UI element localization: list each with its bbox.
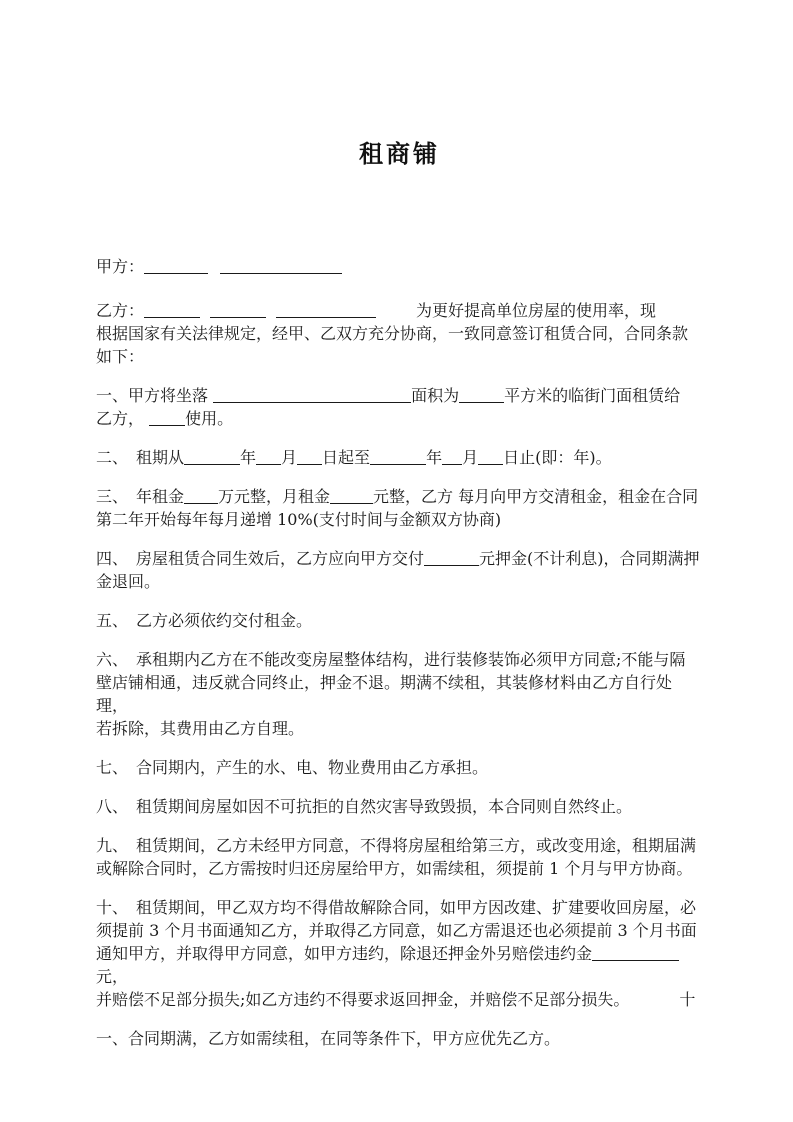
document-page: 租商铺 甲方：乙方：为更好提高单位房屋的使用率，现根据国家有关法律规定，经甲、乙… — [0, 0, 793, 1122]
clause-10: 十、 租赁期间，甲乙双方均不得借故解除合同，如甲方因改建、扩建要收回房屋，必须提… — [96, 896, 703, 1011]
fill-in-blank — [592, 946, 679, 961]
spacer — [266, 315, 276, 316]
fill-in-blank — [184, 489, 218, 504]
clause-7: 七、 合同期内，产生的水、电、物业费用由乙方承担。 — [96, 756, 703, 779]
fill-in-blank — [442, 450, 462, 465]
party-b-and-preamble: 乙方：为更好提高单位房屋的使用率，现根据国家有关法律规定，经甲、乙双方充分协商，… — [96, 299, 703, 368]
spacer — [200, 315, 210, 316]
clause-5: 五、 乙方必须依约交付租金。 — [96, 609, 703, 632]
clause-9: 九、 租赁期间，乙方未经甲方同意，不得将房屋租给第三方，或改变用途，租期届满或解… — [96, 834, 703, 880]
clause-2: 二、 租期从年月日起至年月日止(即：年)。 — [96, 446, 703, 469]
spacer — [629, 1004, 679, 1005]
clause-11-continuation: 一、合同期满，乙方如需续租，在同等条件下，甲方应优先乙方。 — [96, 1027, 703, 1050]
fill-in-blank — [144, 303, 200, 318]
spacer — [208, 271, 220, 272]
party-a-line: 甲方： — [96, 255, 703, 278]
fill-in-blank — [370, 450, 426, 465]
fill-in-blank — [276, 303, 376, 318]
fill-in-blank — [478, 450, 503, 465]
clause-4: 四、 房屋租赁合同生效后，乙方应向甲方交付元押金(不计利息)，合同期满押金退回。 — [96, 547, 703, 593]
fill-in-blank — [184, 450, 240, 465]
document-body: 甲方：乙方：为更好提高单位房屋的使用率，现根据国家有关法律规定，经甲、乙双方充分… — [96, 255, 703, 1050]
fill-in-blank — [330, 489, 373, 504]
clause-3: 三、 年租金万元整，月租金元整，乙方 每月向甲方交清租金，租金在合同第二年开始每… — [96, 485, 703, 531]
clause-1: 一、甲方将坐落 面积为平方米的临街门面租赁给乙方， 使用。 — [96, 384, 703, 430]
fill-in-blank — [210, 303, 266, 318]
fill-in-blank — [144, 259, 208, 274]
fill-in-blank — [149, 411, 185, 426]
fill-in-blank — [297, 450, 322, 465]
clause-8: 八、 租赁期间房屋如因不可抗拒的自然灾害导致毁损，本合同则自然终止。 — [96, 795, 703, 818]
clause-6: 六、 承租期内乙方在不能改变房屋整体结构，进行装修装饰必须甲方同意;不能与隔壁店… — [96, 648, 703, 740]
fill-in-blank — [220, 259, 342, 274]
fill-in-blank — [459, 388, 504, 403]
document-title: 租商铺 — [96, 140, 703, 168]
fill-in-blank — [256, 450, 281, 465]
fill-in-blank — [213, 388, 411, 403]
fill-in-blank — [424, 551, 479, 566]
spacer — [376, 315, 416, 316]
